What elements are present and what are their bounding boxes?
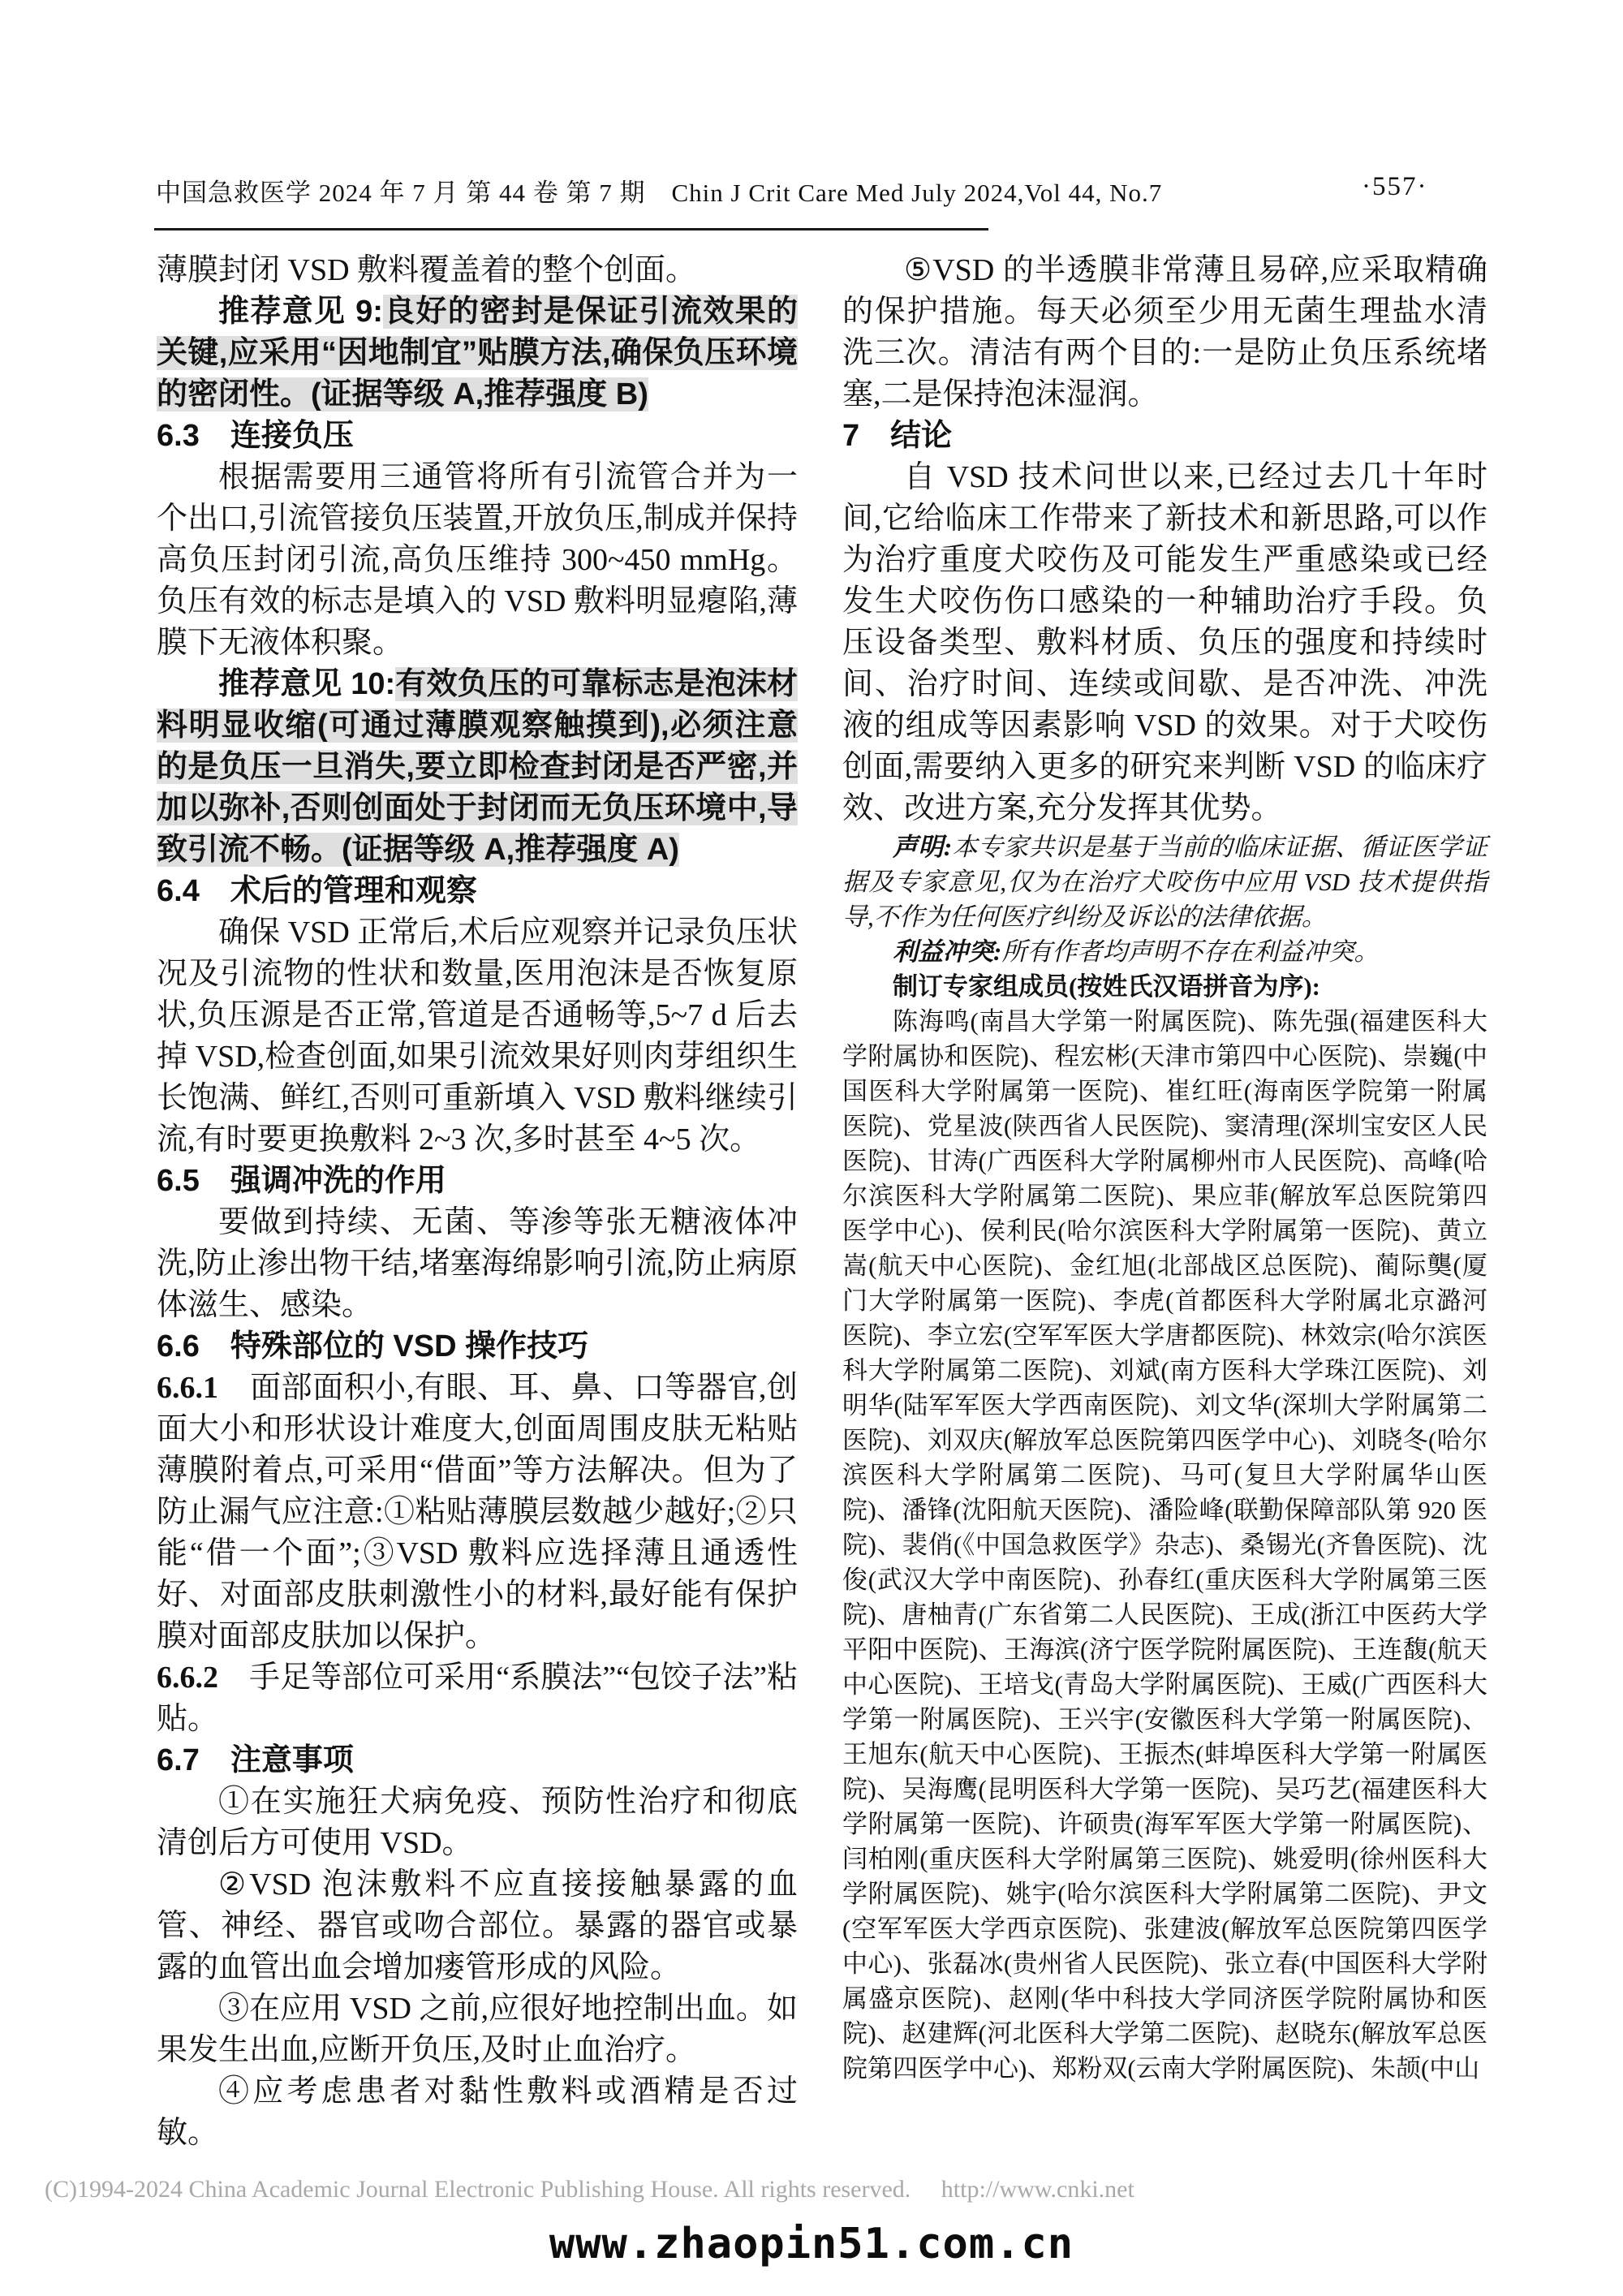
text-segment: 6.3 连接负压	[157, 419, 354, 453]
right-column: ⑤VSD 的半透膜非常薄且易碎,应采取精确的保护措施。每天必须至少用无菌生理盐水…	[842, 250, 1487, 2086]
header-rule	[154, 228, 988, 230]
paragraph-postop-management: 确保 VSD 正常后,术后应观察并记录负压状况及引流物的性状和数量,医用泡沫是否…	[157, 912, 798, 1161]
text-segment: 6.4 术后的管理和观察	[157, 874, 477, 908]
text-segment: ④应考虑患者对黏性敷料或酒精是否过敏。	[157, 2074, 798, 2150]
text-segment: 推荐意见 9:	[218, 295, 383, 329]
continued-paragraph: 薄膜封闭 VSD 敷料覆盖着的整个创面。	[157, 250, 798, 291]
paragraph-connect-negative-pressure: 根据需要用三通管将所有引流管合并为一个出口,引流管接负压装置,开放负压,制成并保…	[157, 457, 798, 664]
expert-group-title: 制订专家组成员(按姓氏汉语拼音为序):	[842, 969, 1487, 1004]
text-segment: 要做到持续、无菌、等渗等张无糖液体冲洗,防止渗出物干结,堵塞海绵影响引流,防止病…	[157, 1205, 798, 1322]
section-heading-6-7: 6.7 注意事项	[157, 1740, 798, 1781]
note-4: ④应考虑患者对黏性敷料或酒精是否过敏。	[157, 2071, 798, 2154]
text-segment: 声明:	[893, 833, 952, 861]
note-2: ②VSD 泡沫敷料不应直接接触暴露的血管、神经、器官或吻合部位。暴露的器官或暴露…	[157, 1864, 798, 1988]
text-segment: 根据需要用三通管将所有引流管合并为一个出口,引流管接负压装置,开放负压,制成并保…	[157, 460, 798, 660]
text-segment: 6.6.1	[157, 1371, 218, 1405]
text-segment: 制订专家组成员(按姓氏汉语拼音为序):	[893, 972, 1320, 1001]
text-segment: 所有作者均声明不存在利益冲突。	[1001, 937, 1379, 966]
text-segment: ③在应用 VSD 之前,应很好地控制出血。如果发生出血,应断开负压,及时止血治疗…	[157, 1992, 798, 2067]
page-number: ·557·	[1362, 172, 1427, 202]
paragraph-6-6-2: 6.6.2 手足等部位可采用“系膜法”“包饺子法”粘贴。	[157, 1657, 798, 1740]
text-segment: 确保 VSD 正常后,术后应观察并记录负压状况及引流物的性状和数量,医用泡沫是否…	[157, 915, 798, 1157]
paragraph-irrigation: 要做到持续、无菌、等渗等张无糖液体冲洗,防止渗出物干结,堵塞海绵影响引流,防止病…	[157, 1202, 798, 1326]
text-segment: 陈海鸣(南昌大学第一附属医院)、陈先强(福建医科大学附属协和医院)、程宏彬(天津…	[842, 1007, 1487, 2083]
expert-list: 陈海鸣(南昌大学第一附属医院)、陈先强(福建医科大学附属协和医院)、程宏彬(天津…	[842, 1004, 1487, 2086]
section-heading-6-3: 6.3 连接负压	[157, 416, 798, 457]
text-segment: ②VSD 泡沫敷料不应直接接触暴露的血管、神经、器官或吻合部位。暴露的器官或暴露…	[157, 1867, 798, 1984]
note-3: ③在应用 VSD 之前,应很好地控制出血。如果发生出血,应断开负压,及时止血治疗…	[157, 1988, 798, 2071]
text-segment: 薄膜封闭 VSD 敷料覆盖着的整个创面。	[157, 253, 696, 287]
text-segment: 6.5 强调冲洗的作用	[157, 1164, 446, 1198]
left-column: 薄膜封闭 VSD 敷料覆盖着的整个创面。推荐意见 9:良好的密封是保证引流效果的…	[157, 250, 798, 2154]
journal-header-line: 中国急救医学 2024 年 7 月 第 44 卷 第 7 期 Chin J Cr…	[156, 172, 1048, 209]
text-segment: 利益冲突:	[893, 937, 1001, 966]
conflict-of-interest: 利益冲突:所有作者均声明不存在利益冲突。	[842, 934, 1487, 969]
text-segment: ⑤VSD 的半透膜非常薄且易碎,应采取精确的保护措施。每天必须至少用无菌生理盐水…	[842, 253, 1487, 411]
text-segment: 手足等部位可采用“系膜法”“包饺子法”粘贴。	[157, 1661, 798, 1736]
section-heading-7: 7 结论	[842, 416, 1487, 457]
note-5: ⑤VSD 的半透膜非常薄且易碎,应采取精确的保护措施。每天必须至少用无菌生理盐水…	[842, 250, 1487, 416]
paragraph-6-6-1: 6.6.1 面部面积小,有眼、耳、鼻、口等器官,创面大小和形状设计难度大,创面周…	[157, 1368, 798, 1657]
note-1: ①在实施狂犬病免疫、预防性治疗和彻底清创后方可使用 VSD。	[157, 1781, 798, 1864]
text-segment: 6.7 注意事项	[157, 1743, 354, 1777]
text-segment: 6.6.2	[157, 1661, 218, 1695]
recommendation-9: 推荐意见 9:良好的密封是保证引流效果的关键,应采用“因地制宜”贴膜方法,确保负…	[157, 291, 798, 416]
watermark-text: www.zhaopin51.com.cn	[549, 2220, 1074, 2268]
text-segment: 6.6 特殊部位的 VSD 操作技巧	[157, 1329, 588, 1363]
section-heading-6-6: 6.6 特殊部位的 VSD 操作技巧	[157, 1326, 798, 1368]
text-segment: 7 结论	[842, 419, 952, 453]
paragraph-conclusion: 自 VSD 技术问世以来,已经过去几十年时间,它给临床工作带来了新技术和新思路,…	[842, 457, 1487, 829]
journal-page: 中国急救医学 2024 年 7 月 第 44 卷 第 7 期 Chin J Cr…	[0, 0, 1623, 2296]
copyright-text: (C)1994-2024 China Academic Journal Elec…	[45, 2169, 1134, 2204]
section-heading-6-4: 6.4 术后的管理和观察	[157, 871, 798, 912]
statement: 声明:本专家共识是基于当前的临床证据、循证医学证据及专家意见,仅为在治疗犬咬伤中…	[842, 829, 1487, 934]
recommendation-10: 推荐意见 10:有效负压的可靠标志是泡沫材料明显收缩(可通过薄膜观察触摸到),必…	[157, 664, 798, 871]
text-segment: 推荐意见 10:	[218, 667, 395, 701]
section-heading-6-5: 6.5 强调冲洗的作用	[157, 1161, 798, 1202]
text-segment: ①在实施狂犬病免疫、预防性治疗和彻底清创后方可使用 VSD。	[157, 1785, 798, 1860]
text-segment: 自 VSD 技术问世以来,已经过去几十年时间,它给临床工作带来了新技术和新思路,…	[842, 460, 1487, 825]
text-segment: 面部面积小,有眼、耳、鼻、口等器官,创面大小和形状设计难度大,创面周围皮肤无粘贴…	[157, 1371, 798, 1653]
